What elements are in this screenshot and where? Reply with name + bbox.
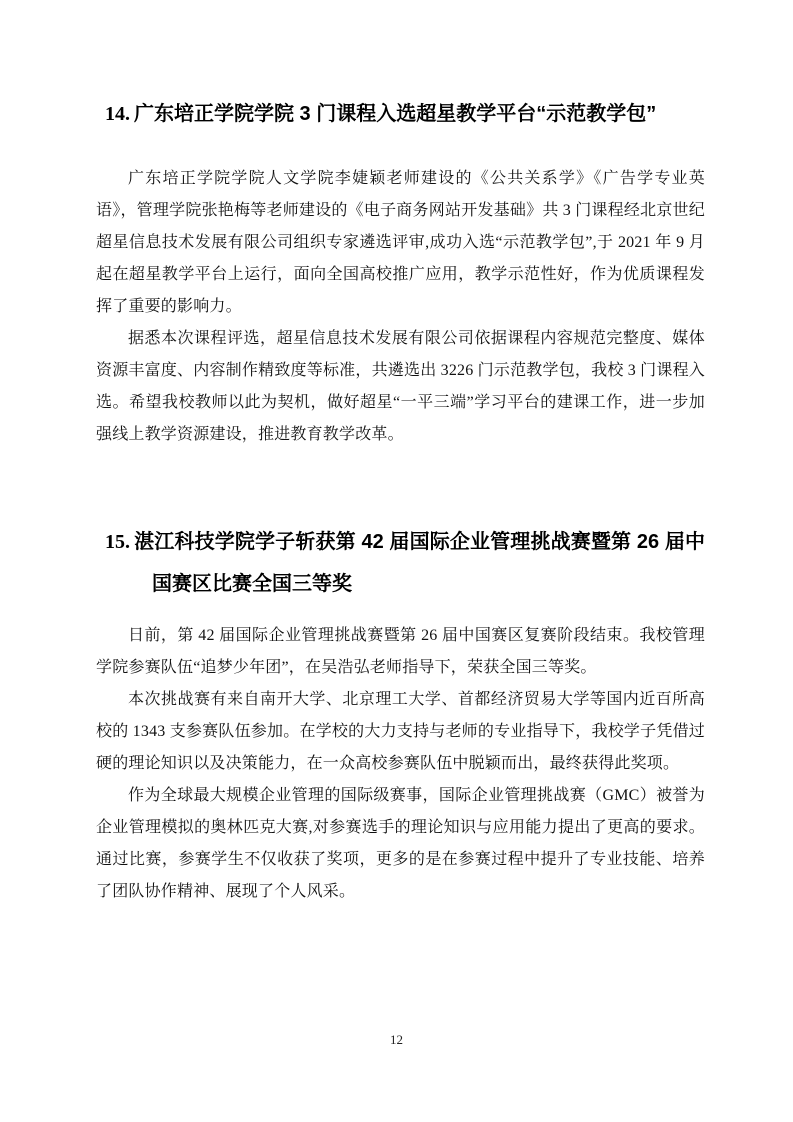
section-15-title: 湛江科技学院学子斩获第 42 届国际企业管理挑战赛暨第 26 届中国赛区比赛全国… xyxy=(134,531,705,595)
section-15-paragraph-2: 本次挑战赛有来自南开大学、北京理工大学、首都经济贸易大学等国内近百所高校的 13… xyxy=(96,684,705,780)
section-15-paragraph-3: 作为全球最大规模企业管理的国际级赛事，国际企业管理挑战赛（GMC）被誉为企业管理… xyxy=(96,780,705,908)
page-footer: 12 xyxy=(0,1031,793,1049)
section-15-paragraph-1: 日前，第 42 届国际企业管理挑战赛暨第 26 届中国赛区复赛阶段结束。我校管理… xyxy=(96,620,705,684)
section-14-title: 广东培正学院学院 3 门课程入选超星教学平台“示范教学包” xyxy=(134,103,656,125)
section-14-paragraph-2: 据悉本次课程评选，超星信息技术发展有限公司依据课程内容规范完整度、媒体资源丰富度… xyxy=(96,323,705,451)
section-15-number: 15. xyxy=(105,531,130,553)
section-14-paragraph-1: 广东培正学院学院人文学院李婕颖老师建设的《公共关系学》《广告学专业英语》，管理学… xyxy=(96,163,705,323)
section-14-heading: 14.广东培正学院学院 3 门课程入选超星教学平台“示范教学包” xyxy=(105,93,705,135)
document-page: 14.广东培正学院学院 3 门课程入选超星教学平台“示范教学包” 广东培正学院学… xyxy=(0,0,793,1122)
section-15-heading: 15.湛江科技学院学子斩获第 42 届国际企业管理挑战赛暨第 26 届中国赛区比… xyxy=(105,521,705,605)
section-14-number: 14. xyxy=(105,103,130,125)
page-number: 12 xyxy=(390,1032,403,1047)
page-content: 14.广东培正学院学院 3 门课程入选超星教学平台“示范教学包” 广东培正学院学… xyxy=(0,0,793,908)
